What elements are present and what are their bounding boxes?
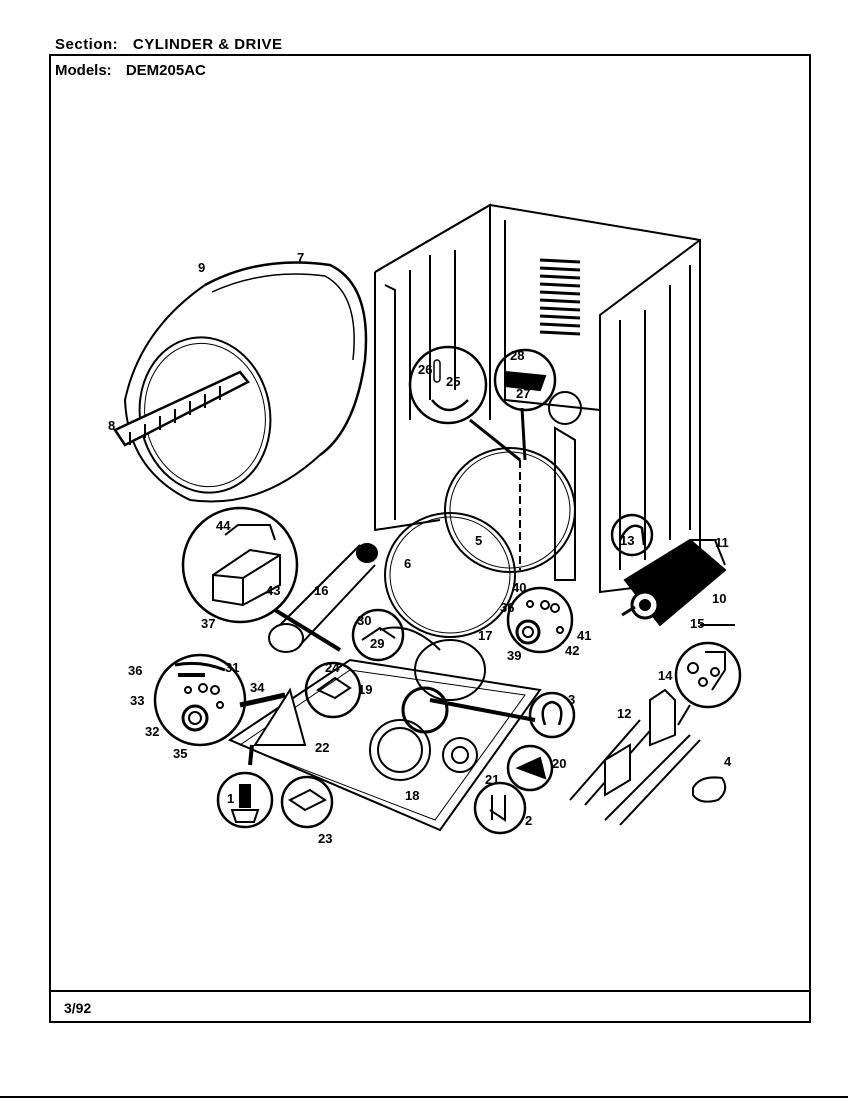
svg-text:16: 16 [314,583,328,598]
svg-text:6: 6 [404,556,411,571]
svg-text:41: 41 [577,628,591,643]
svg-text:4: 4 [724,754,732,769]
svg-text:40: 40 [512,580,526,595]
page-bottom-rule [0,1096,848,1098]
svg-text:18: 18 [405,788,419,803]
detail-circle-20 [508,746,552,790]
svg-text:39: 39 [507,648,521,663]
svg-text:3: 3 [568,692,575,707]
svg-text:32: 32 [145,724,159,739]
svg-text:7: 7 [297,250,304,265]
svg-text:26: 26 [418,362,432,377]
svg-text:25: 25 [446,374,460,389]
svg-text:33: 33 [130,693,144,708]
base [230,660,540,830]
svg-text:35: 35 [173,746,187,761]
detail-circle-1 [218,745,272,827]
svg-text:17: 17 [478,628,492,643]
svg-text:2: 2 [525,813,532,828]
part-4-clip [693,777,725,801]
svg-text:20: 20 [552,756,566,771]
detail-circle-14 [676,643,740,725]
svg-text:24: 24 [325,660,340,675]
svg-text:22: 22 [315,740,329,755]
svg-text:19: 19 [358,682,372,697]
svg-text:13: 13 [620,533,634,548]
exploded-parts-diagram: 9 7 8 26 25 28 27 5 6 44 43 16 37 36 31 … [0,0,848,1100]
svg-text:23: 23 [318,831,332,846]
svg-text:37: 37 [201,616,215,631]
svg-text:43: 43 [266,583,280,598]
svg-text:34: 34 [250,680,265,695]
svg-text:36: 36 [500,600,514,615]
svg-text:10: 10 [712,591,726,606]
svg-text:42: 42 [565,643,579,658]
svg-text:44: 44 [216,518,231,533]
svg-text:12: 12 [617,706,631,721]
footer-divider [49,990,811,992]
svg-text:27: 27 [516,386,530,401]
drum-assembly [115,263,366,504]
svg-text:21: 21 [485,772,499,787]
detail-circle-2 [475,783,525,833]
svg-text:5: 5 [475,533,482,548]
svg-text:9: 9 [198,260,205,275]
svg-text:36: 36 [128,663,142,678]
svg-text:1: 1 [227,791,234,806]
date-code: 3/92 [64,1000,91,1016]
detail-circle-23 [282,777,332,827]
svg-text:14: 14 [658,668,673,683]
detail-circle-rear-bearing [508,588,572,652]
svg-text:30: 30 [357,613,371,628]
svg-text:15: 15 [690,616,704,631]
svg-text:31: 31 [225,660,239,675]
svg-text:8: 8 [108,418,115,433]
svg-text:28: 28 [510,348,524,363]
svg-text:11: 11 [715,535,729,550]
svg-text:29: 29 [370,636,384,651]
idler-bracket [570,690,700,825]
